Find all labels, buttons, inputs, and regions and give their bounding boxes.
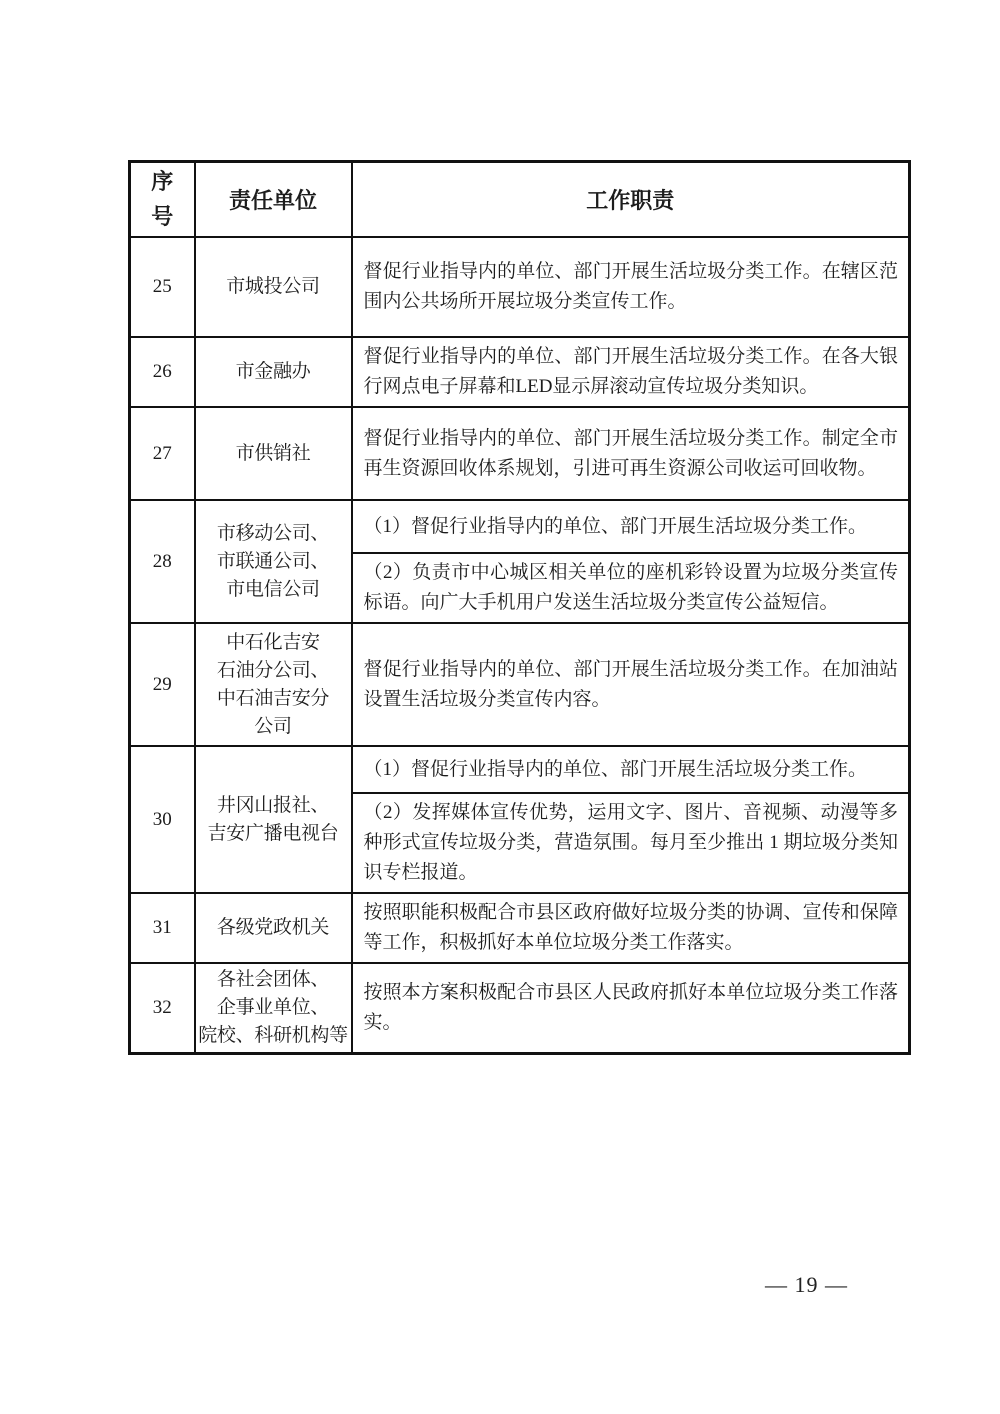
row-unit-cell: 市金融办 (195, 337, 352, 407)
header-cell-unit: 责任单位 (195, 162, 352, 238)
header-index-label: 序号 (150, 165, 175, 233)
table-row: 28市移动公司、 市联通公司、 市电信公司（1）督促行业指导内的单位、部门开展生… (130, 500, 910, 553)
table-row: 32各社会团体、 企事业单位、 院校、科研机构等按照本方案积极配合市县区人民政府… (130, 963, 910, 1054)
row-duty-cell: 按照本方案积极配合市县区人民政府抓好本单位垃圾分类工作落实。 (352, 963, 910, 1054)
table-body: 25市城投公司督促行业指导内的单位、部门开展生活垃圾分类工作。在辖区范围内公共场… (130, 237, 910, 1054)
row-unit-cell: 井冈山报社、 吉安广播电视台 (195, 746, 352, 893)
document-page: 序号 责任单位 工作职责 25市城投公司督促行业指导内的单位、部门开展生活垃圾分… (0, 0, 1000, 1414)
row-unit-cell: 市城投公司 (195, 237, 352, 337)
row-unit-cell: 各社会团体、 企事业单位、 院校、科研机构等 (195, 963, 352, 1054)
row-duty-cell: 督促行业指导内的单位、部门开展生活垃圾分类工作。在辖区范围内公共场所开展垃圾分类… (352, 237, 910, 337)
header-cell-duty: 工作职责 (352, 162, 910, 238)
row-unit-cell: 市移动公司、 市联通公司、 市电信公司 (195, 500, 352, 623)
page-number: — 19 — (765, 1272, 848, 1298)
row-unit-cell: 市供销社 (195, 407, 352, 500)
row-index-cell: 32 (130, 963, 195, 1054)
row-duty-cell: 督促行业指导内的单位、部门开展生活垃圾分类工作。在各大银行网点电子屏幕和LED显… (352, 337, 910, 407)
row-duty-cell: （1）督促行业指导内的单位、部门开展生活垃圾分类工作。 (352, 500, 910, 553)
row-duty-cell: （2）负责市中心城区相关单位的座机彩铃设置为垃圾分类宣传标语。向广大手机用户发送… (352, 553, 910, 623)
table-row: 27市供销社督促行业指导内的单位、部门开展生活垃圾分类工作。制定全市再生资源回收… (130, 407, 910, 500)
table-row: 26市金融办督促行业指导内的单位、部门开展生活垃圾分类工作。在各大银行网点电子屏… (130, 337, 910, 407)
header-cell-index: 序号 (130, 162, 195, 238)
row-unit-cell: 中石化吉安 石油分公司、 中石油吉安分 公司 (195, 623, 352, 746)
row-duty-cell: 按照职能积极配合市县区政府做好垃圾分类的协调、宣传和保障等工作，积极抓好本单位垃… (352, 893, 910, 963)
table-row: 30井冈山报社、 吉安广播电视台（1）督促行业指导内的单位、部门开展生活垃圾分类… (130, 746, 910, 793)
row-index-cell: 28 (130, 500, 195, 623)
row-duty-cell: （1）督促行业指导内的单位、部门开展生活垃圾分类工作。 (352, 746, 910, 793)
table-row: 25市城投公司督促行业指导内的单位、部门开展生活垃圾分类工作。在辖区范围内公共场… (130, 237, 910, 337)
responsibility-table: 序号 责任单位 工作职责 25市城投公司督促行业指导内的单位、部门开展生活垃圾分… (128, 160, 911, 1055)
row-duty-cell: （2）发挥媒体宣传优势，运用文字、图片、音视频、动漫等多种形式宣传垃圾分类，营造… (352, 793, 910, 893)
row-index-cell: 27 (130, 407, 195, 500)
row-index-cell: 25 (130, 237, 195, 337)
row-index-cell: 30 (130, 746, 195, 893)
row-unit-cell: 各级党政机关 (195, 893, 352, 963)
row-index-cell: 31 (130, 893, 195, 963)
table-row: 31各级党政机关按照职能积极配合市县区政府做好垃圾分类的协调、宣传和保障等工作，… (130, 893, 910, 963)
row-duty-cell: 督促行业指导内的单位、部门开展生活垃圾分类工作。在加油站设置生活垃圾分类宣传内容… (352, 623, 910, 746)
row-index-cell: 26 (130, 337, 195, 407)
row-duty-cell: 督促行业指导内的单位、部门开展生活垃圾分类工作。制定全市再生资源回收体系规划，引… (352, 407, 910, 500)
table-header-row: 序号 责任单位 工作职责 (130, 162, 910, 238)
table-row: 29中石化吉安 石油分公司、 中石油吉安分 公司督促行业指导内的单位、部门开展生… (130, 623, 910, 746)
row-index-cell: 29 (130, 623, 195, 746)
